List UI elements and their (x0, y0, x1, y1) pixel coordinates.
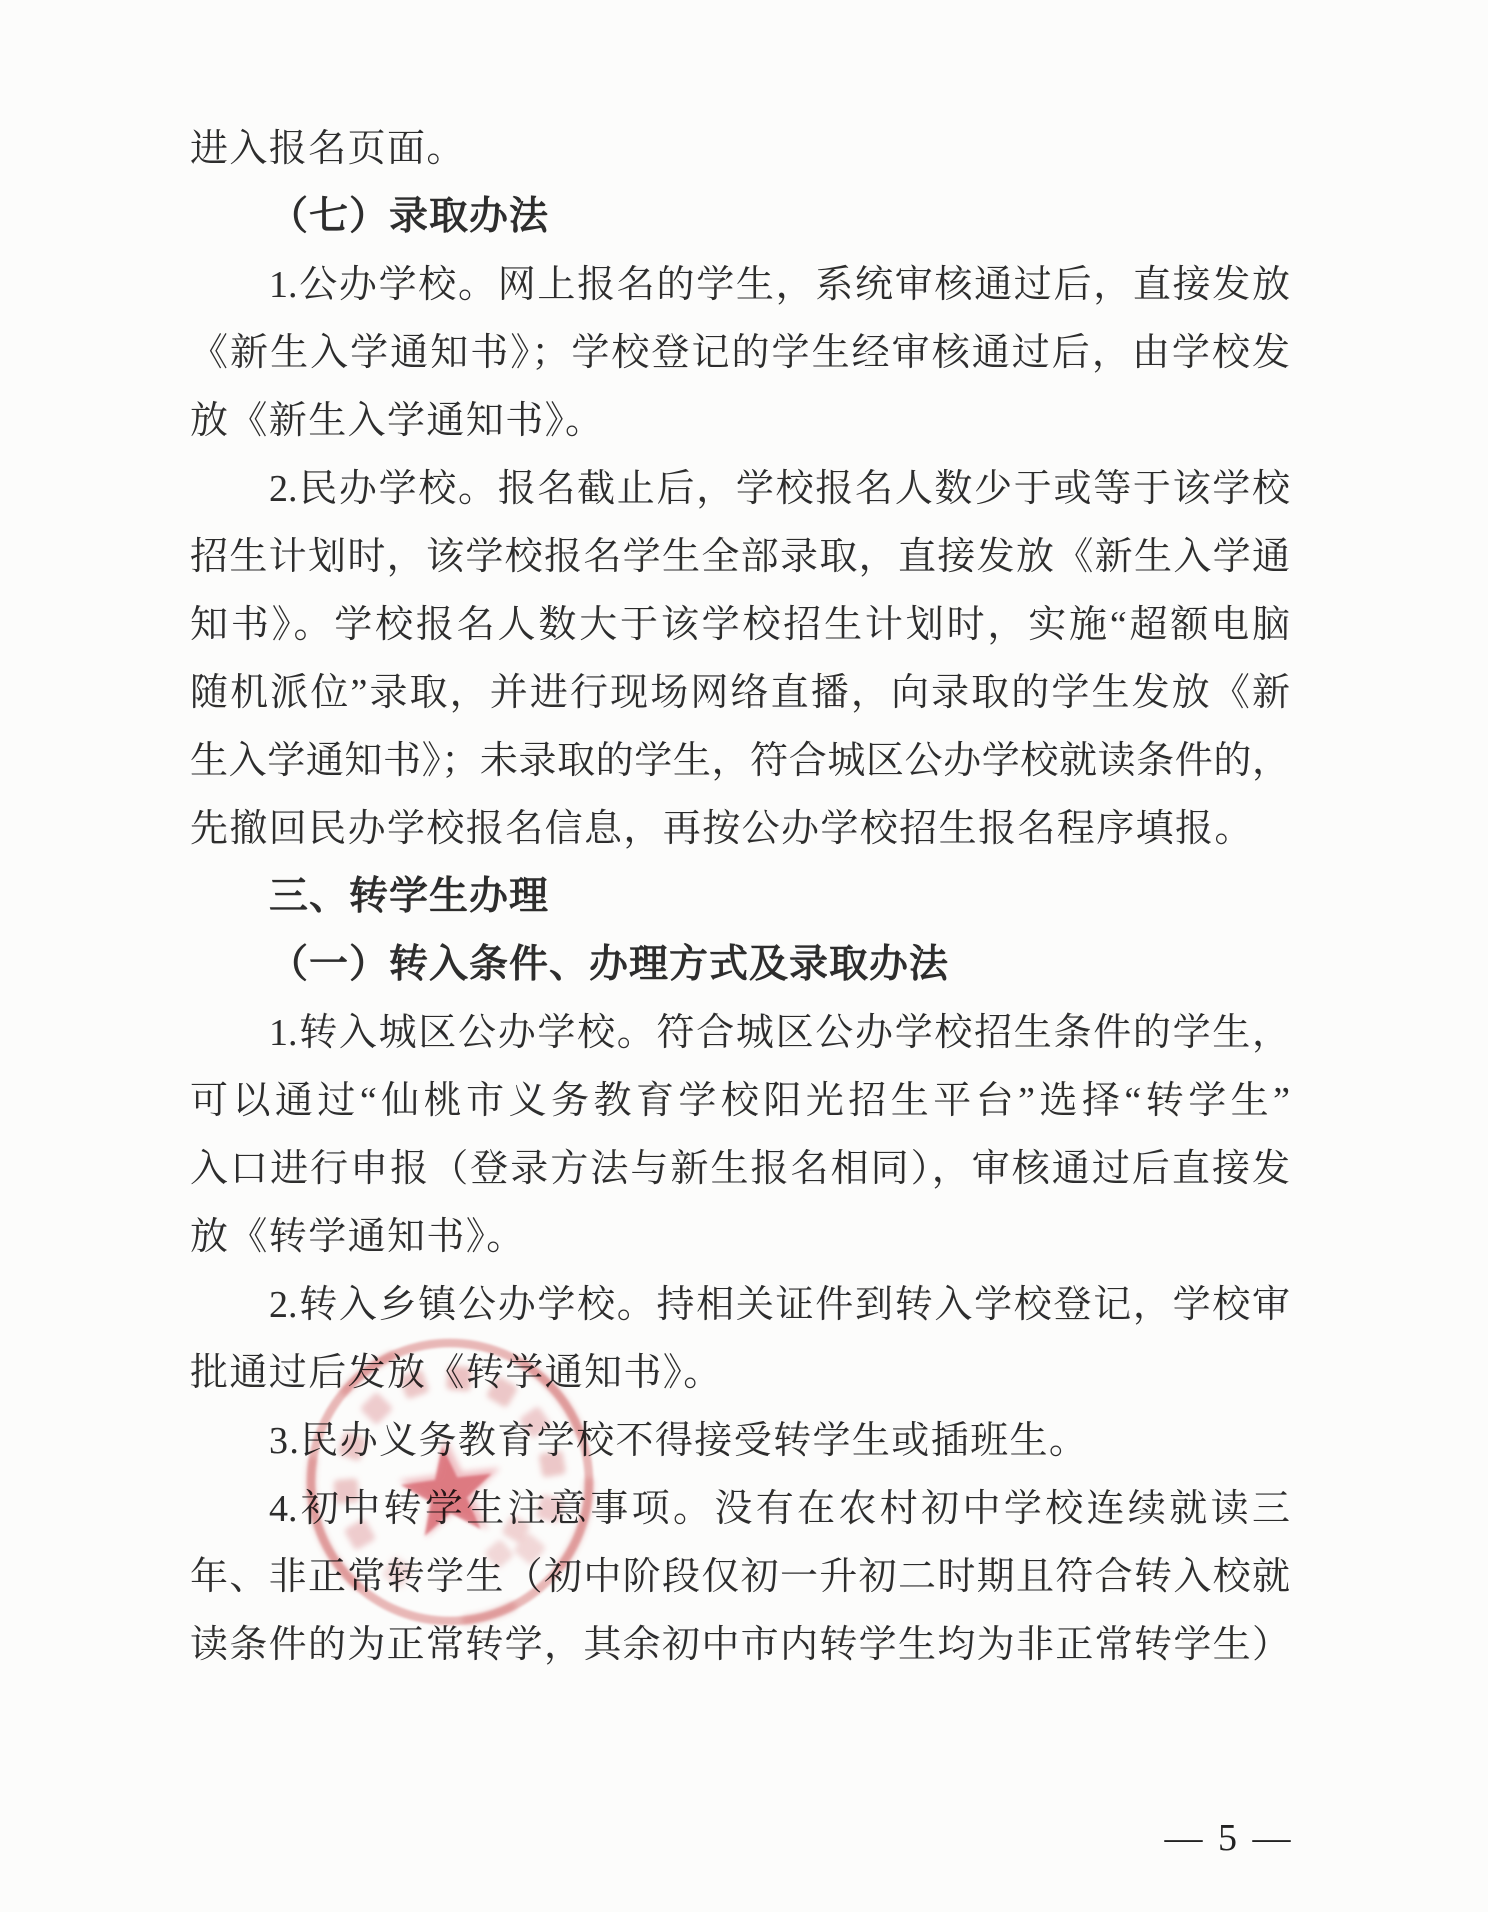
text-line: 放《转学通知书》。 (190, 1203, 1290, 1271)
text-line: 1.公办学校。网上报名的学生，系统审核通过后，直接发放 (190, 251, 1290, 319)
text-line: 放《新生入学通知书》。 (190, 387, 1290, 455)
section-heading: 三、转学生办理 (190, 863, 1290, 931)
text-line: 知书》。学校报名人数大于该学校招生计划时，实施“超额电脑 (190, 591, 1290, 659)
text-line: 生入学通知书》；未录取的学生，符合城区公办学校就读条件的， (190, 727, 1290, 795)
text-line: 2.民办学校。报名截止后，学校报名人数少于或等于该学校 (190, 455, 1290, 523)
text-line: 年、非正常转学生（初中阶段仅初一升初二时期且符合转入校就 (190, 1543, 1290, 1611)
text-line: 3.民办义务教育学校不得接受转学生或插班生。 (190, 1407, 1290, 1475)
text-line: 2.转入乡镇公办学校。持相关证件到转入学校登记，学校审 (190, 1271, 1290, 1339)
section-heading: （一）转入条件、办理方式及录取办法 (190, 931, 1290, 999)
page-number: — 5 — (1129, 1818, 1329, 1858)
text-line: 4.初中转学生注意事项。没有在农村初中学校连续就读三 (190, 1475, 1290, 1543)
text-line: 招生计划时，该学校报名学生全部录取，直接发放《新生入学通 (190, 523, 1290, 591)
text-line: 先撤回民办学校报名信息，再按公办学校招生报名程序填报。 (190, 795, 1290, 863)
text-line: 进入报名页面。 (190, 115, 1290, 183)
text-line: 读条件的为正常转学，其余初中市内转学生均为非正常转学生） (190, 1611, 1290, 1679)
text-line: 批通过后发放《转学通知书》。 (190, 1339, 1290, 1407)
text-line: 1.转入城区公办学校。符合城区公办学校招生条件的学生， (190, 999, 1290, 1067)
text-line: 可以通过“仙桃市义务教育学校阳光招生平台”选择“转学生” (190, 1067, 1290, 1135)
document-page: 进入报名页面。 （七）录取办法 1.公办学校。网上报名的学生，系统审核通过后，直… (0, 0, 1488, 1912)
section-heading: （七）录取办法 (190, 183, 1290, 251)
text-line: 《新生入学通知书》；学校登记的学生经审核通过后，由学校发 (190, 319, 1290, 387)
text-line: 随机派位”录取，并进行现场网络直播，向录取的学生发放《新 (190, 659, 1290, 727)
document-body: 进入报名页面。 （七）录取办法 1.公办学校。网上报名的学生，系统审核通过后，直… (190, 115, 1290, 1679)
text-line: 入口进行申报（登录方法与新生报名相同），审核通过后直接发 (190, 1135, 1290, 1203)
